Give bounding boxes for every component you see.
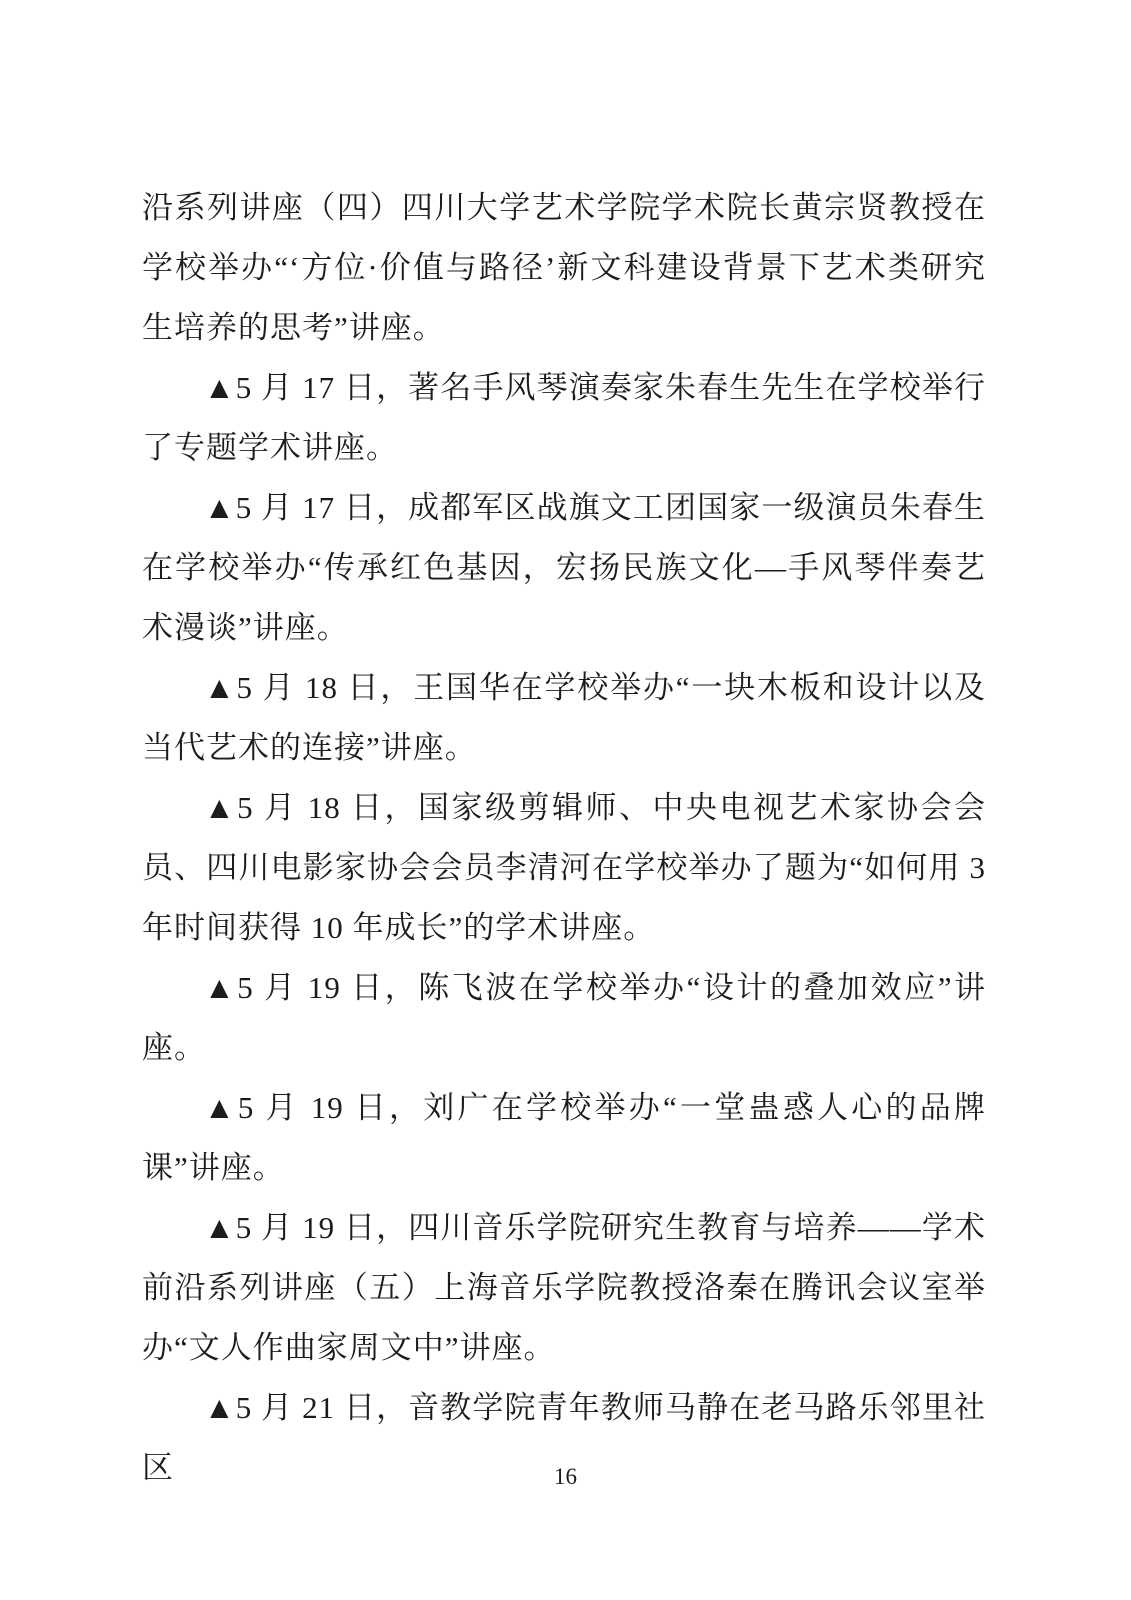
paragraph: ▲5 月 17 日，著名手风琴演奏家朱春生先生在学校举行了专题学术讲座。	[142, 358, 986, 478]
page-number: 16	[554, 1464, 577, 1489]
document-body: 沿系列讲座（四）四川大学艺术学院学术院长黄宗贤教授在学校举办“‘方位·价值与路径…	[142, 178, 986, 1498]
paragraph: ▲5 月 19 日，陈飞波在学校举办“设计的叠加效应”讲座。	[142, 958, 986, 1078]
paragraph: ▲5 月 18 日，王国华在学校举办“一块木板和设计以及当代艺术的连接”讲座。	[142, 658, 986, 778]
page-footer: 16	[0, 1462, 1131, 1492]
paragraph: ▲5 月 17 日，成都军区战旗文工团国家一级演员朱春生在学校举办“传承红色基因…	[142, 478, 986, 658]
paragraph: ▲5 月 19 日，四川音乐学院研究生教育与培养——学术前沿系列讲座（五）上海音…	[142, 1198, 986, 1378]
document-page: 沿系列讲座（四）四川大学艺术学院学术院长黄宗贤教授在学校举办“‘方位·价值与路径…	[0, 0, 1131, 1600]
paragraph-continuation: 沿系列讲座（四）四川大学艺术学院学术院长黄宗贤教授在学校举办“‘方位·价值与路径…	[142, 178, 986, 358]
paragraph: ▲5 月 19 日，刘广在学校举办“一堂蛊惑人心的品牌课”讲座。	[142, 1078, 986, 1198]
paragraph: ▲5 月 18 日，国家级剪辑师、中央电视艺术家协会会员、四川电影家协会会员李清…	[142, 778, 986, 958]
